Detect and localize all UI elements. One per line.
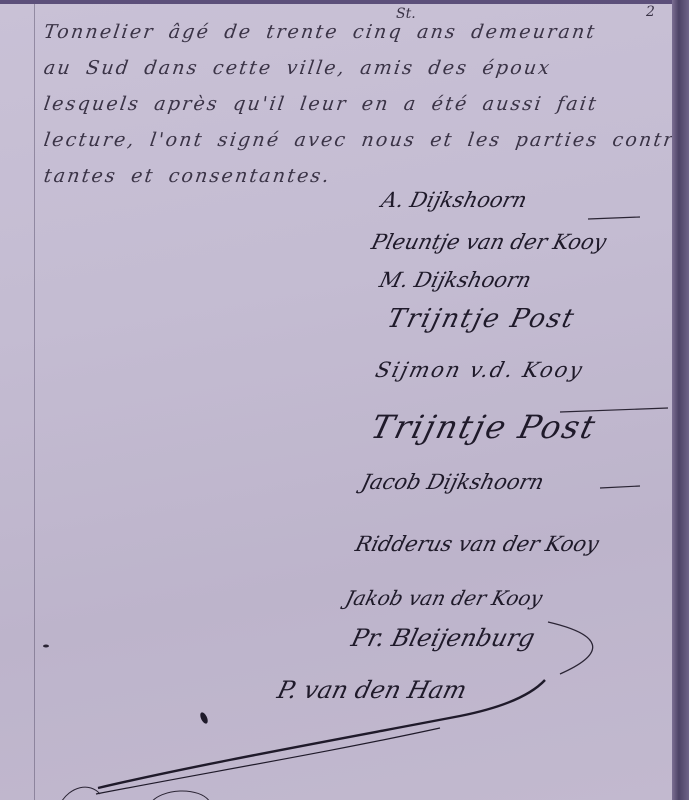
signature-flourish-icon — [0, 4, 672, 800]
page-binding-edge — [672, 0, 689, 800]
document-page: Tonnelier âgé de trente cinq ans demeura… — [0, 4, 672, 800]
